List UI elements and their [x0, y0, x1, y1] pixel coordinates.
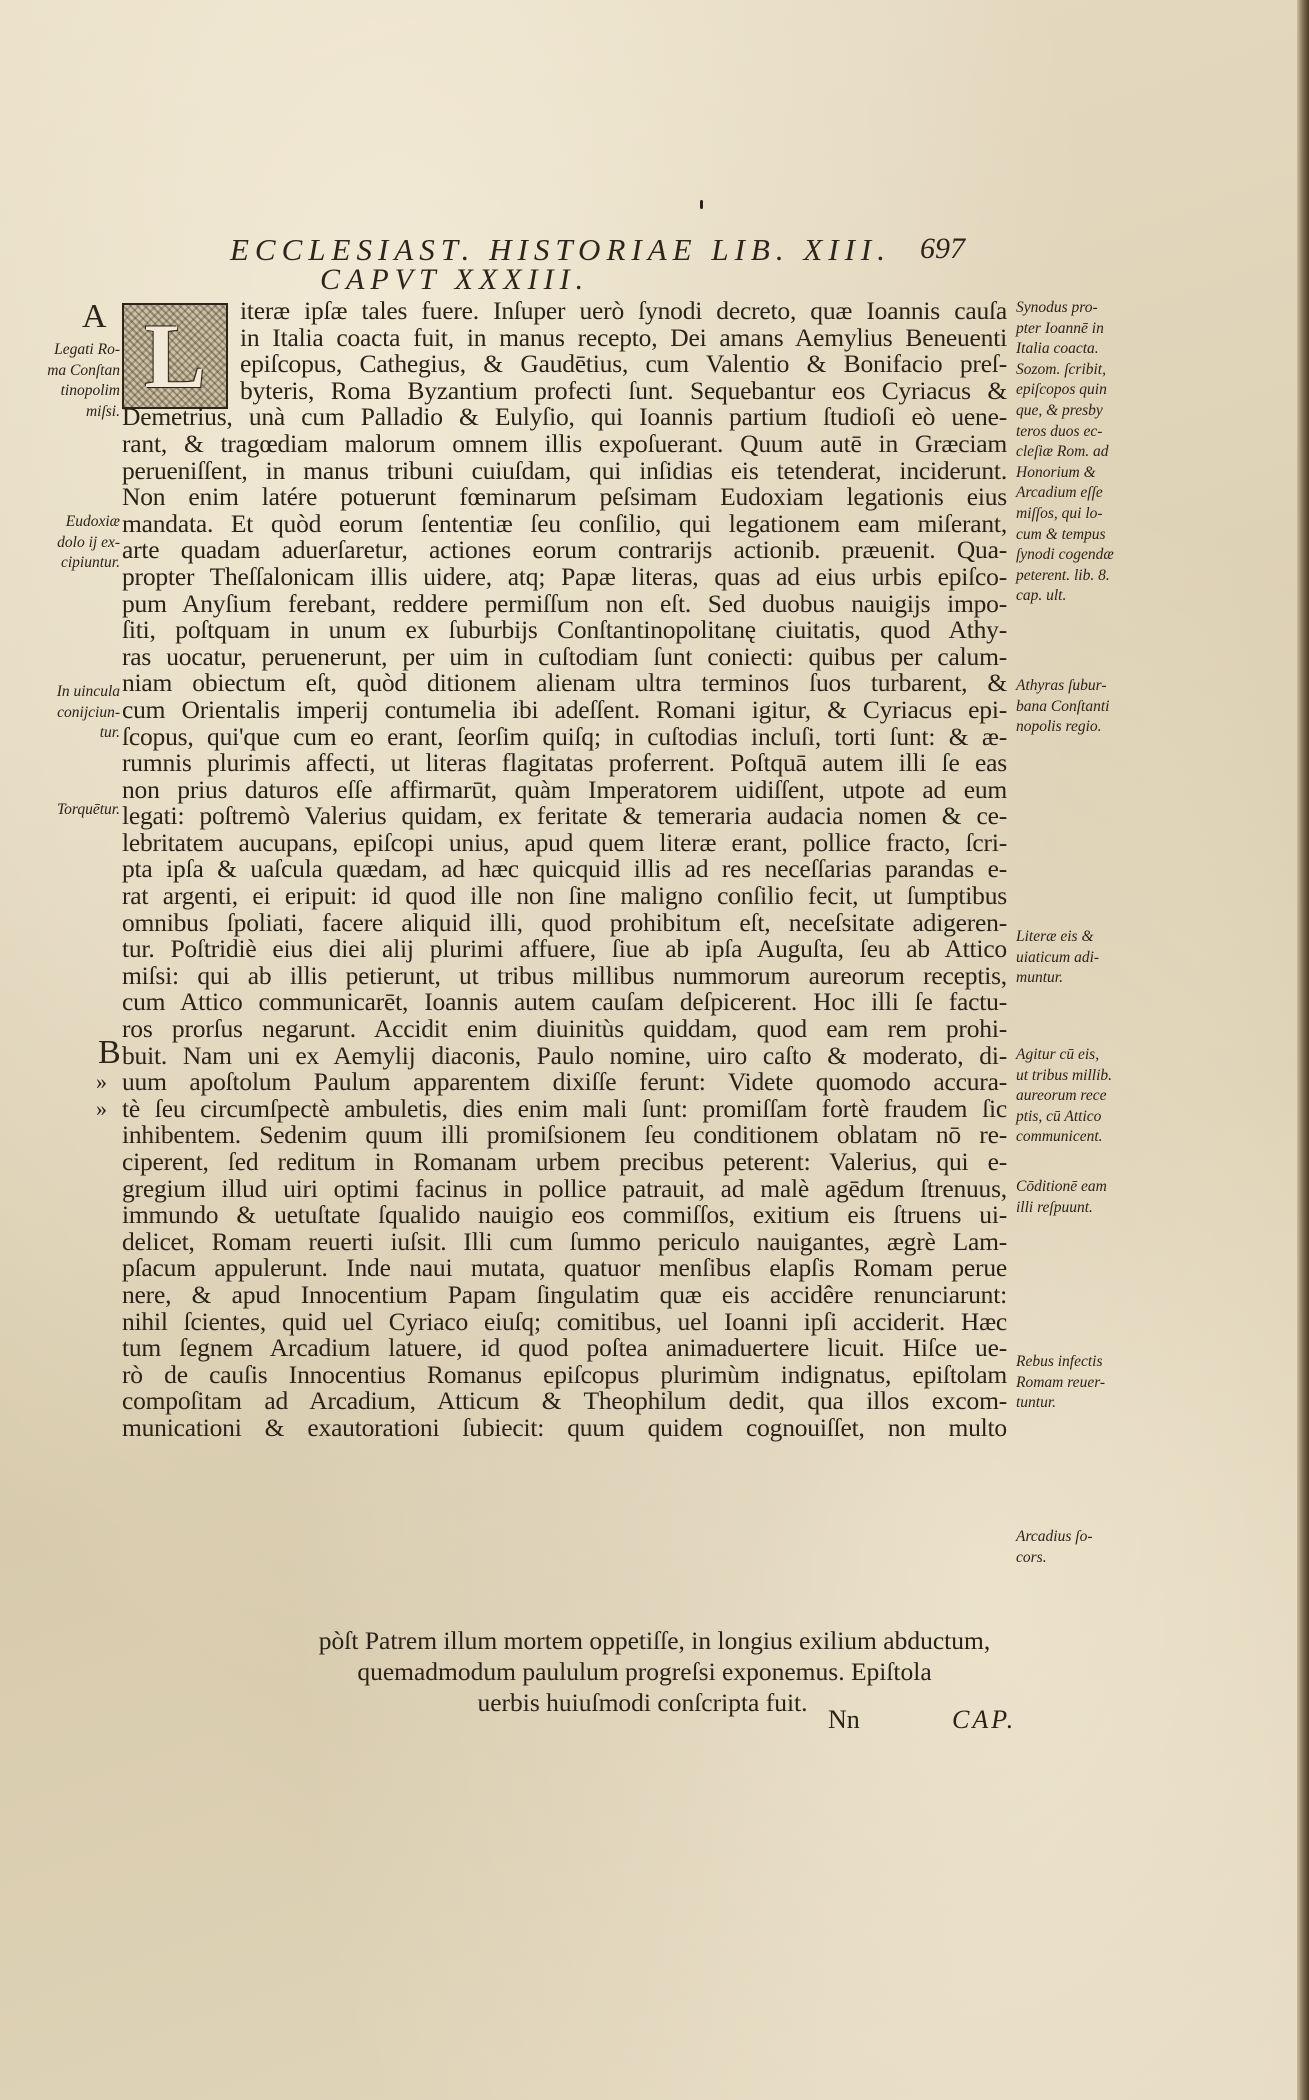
- left-margin-note: Torquētur.: [30, 800, 120, 821]
- text-line: inhibentem. Sedenim quum illi promiſsion…: [122, 1122, 1007, 1149]
- text-line: ſiti, poſtquam in unum ex ſuburbijs Conſ…: [122, 617, 1007, 644]
- right-margin-note: Arcadius ſo- cors.: [1016, 1527, 1093, 1568]
- text-line: tum ſegnem Arcadium latuere, id quod poſ…: [122, 1335, 1007, 1362]
- text-line: gregium illud uiri optimi facinus in pol…: [122, 1176, 1007, 1203]
- text-line: rat argenti, ei eripuit: id quod ille no…: [122, 883, 1007, 910]
- ink-speck: [700, 200, 703, 209]
- text-line: Demetrius, unà cum Palladio & Eulyſio, q…: [122, 404, 1007, 431]
- right-margin-note: Literæ eis & uiaticum adi- muntur.: [1016, 927, 1099, 989]
- text-line: rò de cauſis Innocentius Romanus epiſcop…: [122, 1362, 1007, 1389]
- text-line: miſsi: qui ab illis petierunt, ut tribus…: [122, 963, 1007, 990]
- left-margin-note: Legati Ro- ma Conſtan tinopolim miſsi.: [30, 340, 120, 422]
- text-line: tur. Poſtridiè eius diei alij plurimi af…: [122, 936, 1007, 963]
- text-line: nihil ſcientes, quid uel Cyriaco eiuſq; …: [122, 1309, 1007, 1336]
- right-margin-note: Agitur cū eis, ut tribus millib. aureoru…: [1016, 1045, 1112, 1148]
- closing-line: uerbis huiuſmodi conſcripta fuit.: [0, 1686, 1297, 1719]
- text-line: byteris, Roma Byzantium profecti ſunt. S…: [122, 378, 1007, 405]
- text-line-quoted: »tè ſeu circumſpectè ambuletis, dies eni…: [122, 1096, 1007, 1123]
- text-line: pta ipſa & uaſcula quædam, ad hæc quicqu…: [122, 856, 1007, 883]
- closing-line: quemadmodum paululum progreſsi exponemus…: [0, 1655, 1299, 1688]
- chapter-title: CAPVT XXXIII.: [320, 263, 589, 297]
- section-letter-b: B: [98, 1034, 121, 1072]
- text-line-content: uum apoſtolum Paulum apparentem dixiſſe …: [122, 1067, 1007, 1096]
- text-line-quoted: »uum apoſtolum Paulum apparentem dixiſſe…: [122, 1069, 1007, 1096]
- text-line: ros prorſus negarunt. Accidit enim diuin…: [122, 1016, 1007, 1043]
- book-page: ECCLESIAST. HISTORIAE LIB. XIII. 697 CAP…: [0, 0, 1309, 2100]
- text-line: nere, & apud Innocentium Papam ſingulati…: [122, 1282, 1007, 1309]
- text-line: iteræ ipſæ tales fuere. Inſuper uerò ſyn…: [122, 298, 1007, 325]
- text-line-content: tè ſeu circumſpectè ambuletis, dies enim…: [122, 1094, 1007, 1123]
- text-line: lebritatem aucupans, epiſcopi unius, apu…: [122, 830, 1007, 857]
- right-margin-note: Synodus pro- pter Ioannē in Italia coact…: [1016, 298, 1114, 607]
- text-line: immundo & uetuſtate ſqualido nauigio eos…: [122, 1202, 1007, 1229]
- text-line: mandata. Et quòd eorum ſententiæ ſeu con…: [122, 511, 1007, 538]
- text-line: niam obiectum eſt, quòd ditionem alienam…: [122, 670, 1007, 697]
- page-number: 697: [920, 232, 965, 266]
- text-line: in Italia coacta fuit, in manus recepto,…: [122, 325, 1007, 352]
- text-line: compoſitam ad Arcadium, Atticum & Theoph…: [122, 1388, 1007, 1415]
- closing-line: pòſt Patrem illum mortem oppetiſſe, in l…: [0, 1624, 1309, 1657]
- text-line: rant, & tragœdiam malorum omnem illis ex…: [122, 431, 1007, 458]
- text-line: cum Attico communicarēt, Ioannis autem c…: [122, 989, 1007, 1016]
- book-binding-edge: [1297, 0, 1309, 2100]
- text-line: ciperent, ſed reditum in Romanam urbem p…: [122, 1149, 1007, 1176]
- text-line: perueniſſent, in manus tribuni cuiuſdam,…: [122, 458, 1007, 485]
- signature-mark: Nn: [828, 1705, 860, 1735]
- quote-mark: »: [96, 1096, 107, 1123]
- text-line: non prius daturos eſſe affirmarūt, quàm …: [122, 777, 1007, 804]
- text-line: municationi & exautorationi ſubiecit: qu…: [122, 1415, 1007, 1442]
- text-line: pſacum appulerunt. Inde naui mutata, qua…: [122, 1255, 1007, 1282]
- text-line: omnibus ſpoliati, facere aliquid illi, q…: [122, 910, 1007, 937]
- catchword: CAP.: [952, 1705, 1016, 1735]
- quote-mark: »: [96, 1069, 107, 1096]
- text-line: legati: poſtremò Valerius quidam, ex fer…: [122, 803, 1007, 830]
- text-line: delicet, Romam reuerti iuſsit. Illi cum …: [122, 1229, 1007, 1256]
- right-margin-note: Rebus infectis Romam reuer- tuntur.: [1016, 1352, 1105, 1414]
- text-line: propter Theſſalonicam illis uidere, atq;…: [122, 564, 1007, 591]
- text-line: ſcopus, qui'que cum eo erant, ſeorſim qu…: [122, 724, 1007, 751]
- left-margin-note: In uincula conijciun- tur.: [30, 682, 120, 744]
- right-margin-note: Cōditionē eam illi reſpuunt.: [1016, 1177, 1107, 1218]
- section-letter-a: A: [82, 298, 107, 336]
- right-margin-note: Athyras ſubur- bana Conſtanti nopolis re…: [1016, 676, 1109, 738]
- text-line: rumnis plurimis affecti, ut literas flag…: [122, 750, 1007, 777]
- text-line: buit. Nam uni ex Aemylij diaconis, Paulo…: [122, 1043, 1007, 1070]
- text-line: Non enim latére potuerunt fœminarum peſs…: [122, 484, 1007, 511]
- text-line: pum Anyſium ferebant, reddere permiſſum …: [122, 591, 1007, 618]
- left-margin-note: Eudoxiæ dolo ij ex- cipiuntur.: [30, 512, 120, 574]
- text-line: epiſcopus, Cathegius, & Gaudētius, cum V…: [122, 351, 1007, 378]
- text-line: cum Orientalis imperij contumelia ibi ad…: [122, 697, 1007, 724]
- text-line: arte quadam aduerſaretur, actiones eorum…: [122, 537, 1007, 564]
- text-line: ras uocatur, peruenerunt, per uim in cuſ…: [122, 644, 1007, 671]
- main-text-block: iteræ ipſæ tales fuere. Inſuper uerò ſyn…: [122, 298, 1007, 1442]
